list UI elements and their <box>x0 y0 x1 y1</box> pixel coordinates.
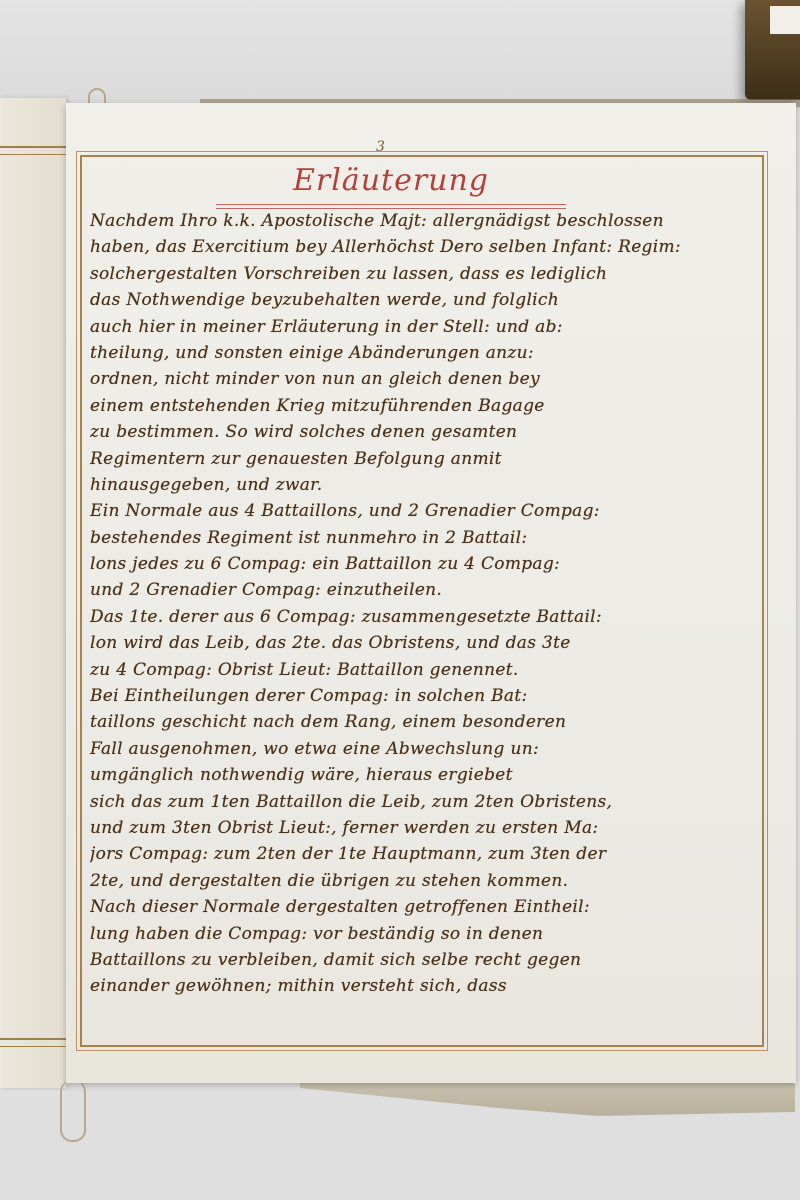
text-line: lons jedes zu 6 Compag: ein Battaillon z… <box>90 554 762 580</box>
text-line: einander gewöhnen; mithin versteht sich,… <box>90 976 762 1002</box>
text-line: Nach dieser Normale dergestalten getroff… <box>90 897 762 923</box>
text-line: solchergestalten Vorschreiben zu lassen,… <box>90 264 762 290</box>
text-line: Nachdem Ihro k.k. Apostolische Majt: all… <box>90 211 762 237</box>
text-line: umgänglich nothwendig wäre, hieraus ergi… <box>90 765 762 791</box>
text-line: theilung, und sonsten einige Abänderunge… <box>90 343 762 369</box>
archive-box-label <box>770 6 800 34</box>
text-line: haben, das Exercitium bey Allerhöchst De… <box>90 237 762 263</box>
binding-string-bottom <box>60 1080 86 1142</box>
text-line: zu 4 Compag: Obrist Lieut: Battaillon ge… <box>90 660 762 686</box>
left-page-rule-top <box>0 146 66 155</box>
manuscript-text: Nachdem Ihro k.k. Apostolische Majt: all… <box>90 211 762 1003</box>
text-line: lon wird das Leib, das 2te. das Obristen… <box>90 633 762 659</box>
text-line: einem entstehenden Krieg mitzuführenden … <box>90 396 762 422</box>
title-underline <box>216 204 566 209</box>
text-line: Bei Eintheilungen derer Compag: in solch… <box>90 686 762 712</box>
text-line: Battaillons zu verbleiben, damit sich se… <box>90 950 762 976</box>
left-page-rule-bottom <box>0 1038 66 1047</box>
text-line: auch hier in meiner Erläuterung in der S… <box>90 317 762 343</box>
text-line: Ein Normale aus 4 Battaillons, und 2 Gre… <box>90 501 762 527</box>
text-line: und zum 3ten Obrist Lieut:, ferner werde… <box>90 818 762 844</box>
text-line: bestehendes Regiment ist nunmehro in 2 B… <box>90 528 762 554</box>
text-line: und 2 Grenadier Compag: einzutheilen. <box>90 580 762 606</box>
page-number: 3 <box>376 139 385 155</box>
text-line: hinausgegeben, und zwar. <box>90 475 762 501</box>
text-line: taillons geschicht nach dem Rang, einem … <box>90 712 762 738</box>
text-line: Regimentern zur genauesten Befolgung anm… <box>90 449 762 475</box>
text-line: das Nothwendige beyzubehalten werde, und… <box>90 290 762 316</box>
background-surface <box>0 0 800 110</box>
text-line: ordnen, nicht minder von nun an gleich d… <box>90 369 762 395</box>
manuscript-page: 3 Erläuterung Nachdem Ihro k.k. Apostoli… <box>66 103 796 1083</box>
text-line: lung haben die Compag: vor beständig so … <box>90 924 762 950</box>
text-line: Fall ausgenohmen, wo etwa eine Abwechslu… <box>90 739 762 765</box>
page-title: Erläuterung <box>241 163 541 198</box>
text-line: zu bestimmen. So wird solches denen gesa… <box>90 422 762 448</box>
left-facing-page <box>0 98 66 1088</box>
book-edge <box>300 1080 795 1120</box>
text-line: Das 1te. derer aus 6 Compag: zusammenges… <box>90 607 762 633</box>
text-line: jors Compag: zum 2ten der 1te Hauptmann,… <box>90 844 762 870</box>
text-line: 2te, und dergestalten die übrigen zu ste… <box>90 871 762 897</box>
text-line: sich das zum 1ten Battaillon die Leib, z… <box>90 792 762 818</box>
